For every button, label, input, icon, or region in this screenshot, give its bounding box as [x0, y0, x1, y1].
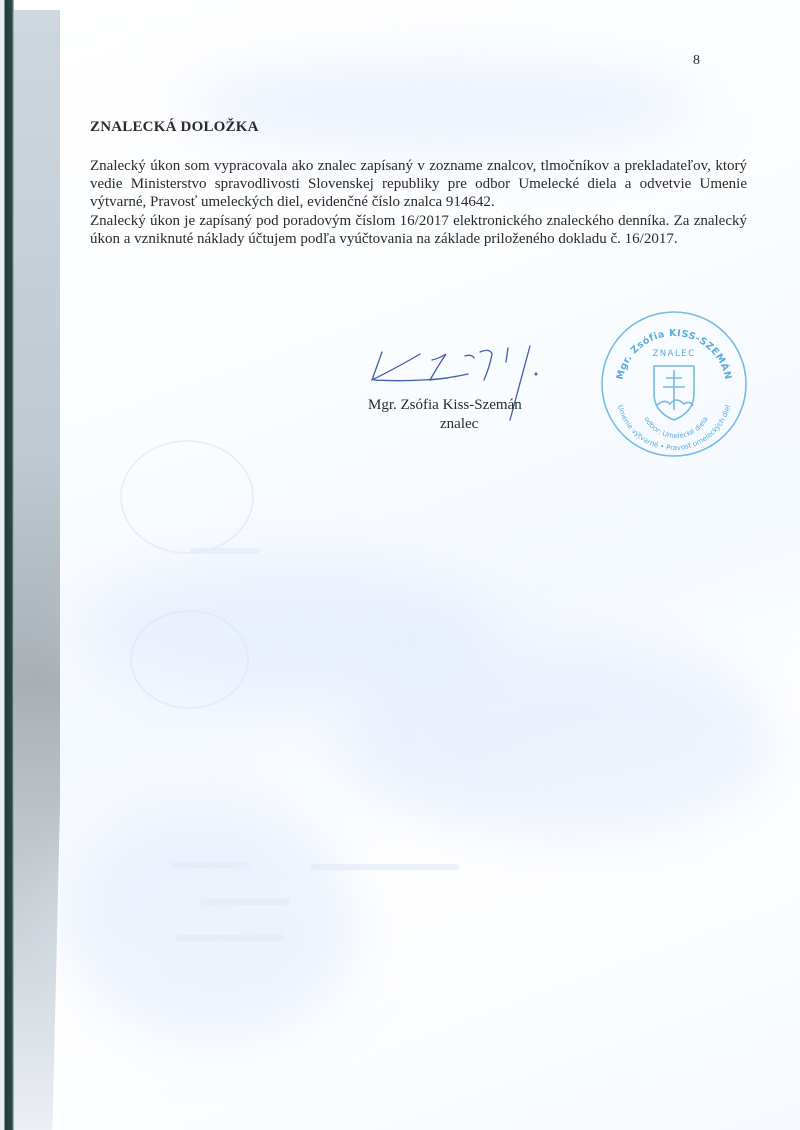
- bleed-through-stamp: [120, 440, 254, 554]
- bleed-through-stamp: [130, 610, 249, 709]
- stamp-outer-bottom: Umenie výtvarné • Pravosť umeleckých die…: [616, 404, 733, 452]
- bleed-through-haze: [340, 640, 780, 840]
- expert-clause-text: Znalecký úkon som vypracovala ako znalec…: [90, 157, 747, 248]
- bleed-through-text: [200, 899, 290, 905]
- bleed-through-haze: [60, 800, 360, 1040]
- svg-text:Umenie výtvarné • Pravosť umel: Umenie výtvarné • Pravosť umeleckých die…: [616, 404, 733, 452]
- bleed-through-text: [175, 935, 285, 941]
- binding-shadow-dark: [0, 0, 14, 1130]
- signatory-role: znalec: [440, 416, 478, 433]
- stamp-inner-top: ZNALEC: [652, 349, 695, 359]
- bleed-through-text: [310, 864, 460, 870]
- page-number: 8: [693, 53, 700, 69]
- expert-stamp: Mgr. Zsófia KISS-SZEMÁN ZNALEC odbor: Um…: [596, 306, 752, 462]
- paragraph-journal: Znalecký úkon je zapísaný pod poradovým …: [90, 212, 747, 248]
- bleed-through-text: [190, 548, 260, 554]
- paragraph-registration: Znalecký úkon som vypracovala ako znalec…: [90, 157, 747, 212]
- bleed-through-text: [170, 862, 250, 868]
- bleed-through-haze: [180, 60, 700, 150]
- document-title: ZNALECKÁ DOLOŽKA: [90, 119, 259, 136]
- signatory-name: Mgr. Zsófia Kiss-Szemán: [368, 397, 522, 414]
